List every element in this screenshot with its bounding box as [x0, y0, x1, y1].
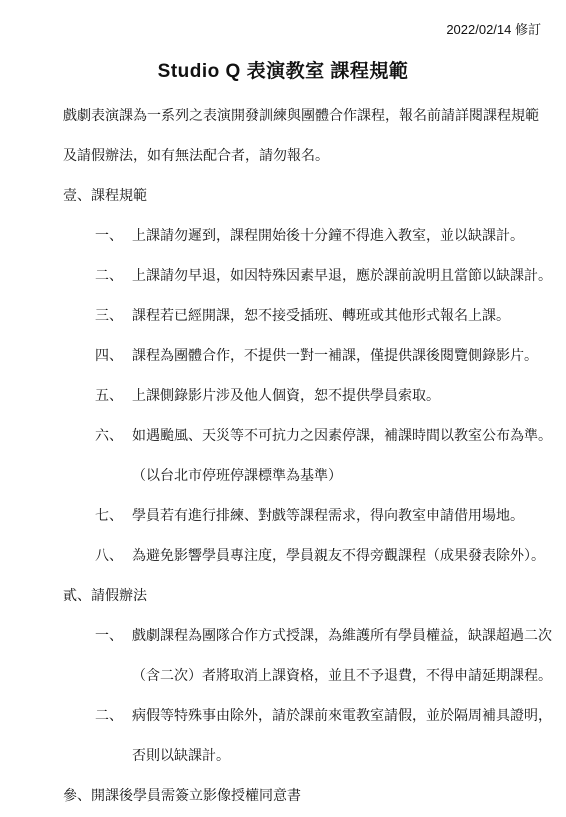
section-heading: 貳、請假辦法 [63, 575, 546, 615]
item-text: 病假等特殊事由除外，請於課前來電教室請假，並於隔周補具證明， [132, 707, 552, 723]
list-item: 二、病假等特殊事由除外，請於課前來電教室請假，並於隔周補具證明， [63, 695, 546, 735]
item-number: 七、 [95, 495, 132, 535]
list-item: 一、戲劇課程為團隊合作方式授課，為維護所有學員權益，缺課超過二次 [63, 615, 546, 655]
intro-line: 戲劇表演課為一系列之表演開發訓練與團體合作課程，報名前請詳閱課程規範 [63, 95, 546, 135]
list-item: 四、課程為團體合作，不提供一對一補課，僅提供課後閱覽側錄影片。 [63, 335, 546, 375]
document-title: Studio Q 表演教室 課程規範 [0, 58, 566, 86]
continuation-line: （以台北市停班停課標準為基準） [63, 455, 546, 495]
document-body: 戲劇表演課為一系列之表演開發訓練與團體合作課程，報名前請詳閱課程規範及請假辦法，… [63, 95, 546, 815]
list-item: 八、為避免影響學員專注度，學員親友不得旁觀課程（成果發表除外）。 [63, 535, 546, 575]
item-text: 戲劇課程為團隊合作方式授課，為維護所有學員權益，缺課超過二次 [132, 627, 552, 643]
item-number: 二、 [95, 695, 132, 735]
list-item: 三、課程若已經開課，恕不接受插班、轉班或其他形式報名上課。 [63, 295, 546, 335]
continuation-line: 否則以缺課計。 [63, 735, 546, 775]
list-item: 一、上課請勿遲到，課程開始後十分鐘不得進入教室，並以缺課計。 [63, 215, 546, 255]
item-number: 一、 [95, 615, 132, 655]
item-number: 二、 [95, 255, 132, 295]
item-number: 四、 [95, 335, 132, 375]
list-item: 二、上課請勿早退，如因特殊因素早退，應於課前說明且當節以缺課計。 [63, 255, 546, 295]
document-page: 2022/02/14 修訂 Studio Q 表演教室 課程規範 戲劇表演課為一… [0, 0, 566, 817]
list-item: 七、學員若有進行排練、對戲等課程需求，得向教室申請借用場地。 [63, 495, 546, 535]
list-item: 五、上課側錄影片涉及他人個資，恕不提供學員索取。 [63, 375, 546, 415]
item-number: 三、 [95, 295, 132, 335]
item-text: 學員若有進行排練、對戲等課程需求，得向教室申請借用場地。 [132, 507, 524, 523]
item-text: 上課請勿早退，如因特殊因素早退，應於課前說明且當節以缺課計。 [132, 267, 552, 283]
continuation-line: （含二次）者將取消上課資格，並且不予退費，不得申請延期課程。 [63, 655, 546, 695]
item-number: 一、 [95, 215, 132, 255]
intro-line: 及請假辦法，如有無法配合者，請勿報名。 [63, 135, 546, 175]
revision-date: 2022/02/14 修訂 [446, 21, 541, 39]
item-number: 六、 [95, 415, 132, 455]
item-number: 八、 [95, 535, 132, 575]
section-heading: 壹、課程規範 [63, 175, 546, 215]
item-text: 上課請勿遲到，課程開始後十分鐘不得進入教室，並以缺課計。 [132, 227, 524, 243]
item-text: 如遇颱風、天災等不可抗力之因素停課，補課時間以教室公布為準。 [132, 427, 552, 443]
item-text: 課程為團體合作，不提供一對一補課，僅提供課後閱覽側錄影片。 [132, 347, 538, 363]
item-text: 上課側錄影片涉及他人個資，恕不提供學員索取。 [132, 387, 440, 403]
list-item: 六、如遇颱風、天災等不可抗力之因素停課，補課時間以教室公布為準。 [63, 415, 546, 455]
section-heading: 參、開課後學員需簽立影像授權同意書 [63, 775, 546, 815]
item-text: 課程若已經開課，恕不接受插班、轉班或其他形式報名上課。 [132, 307, 510, 323]
item-number: 五、 [95, 375, 132, 415]
item-text: 為避免影響學員專注度，學員親友不得旁觀課程（成果發表除外）。 [132, 547, 545, 563]
